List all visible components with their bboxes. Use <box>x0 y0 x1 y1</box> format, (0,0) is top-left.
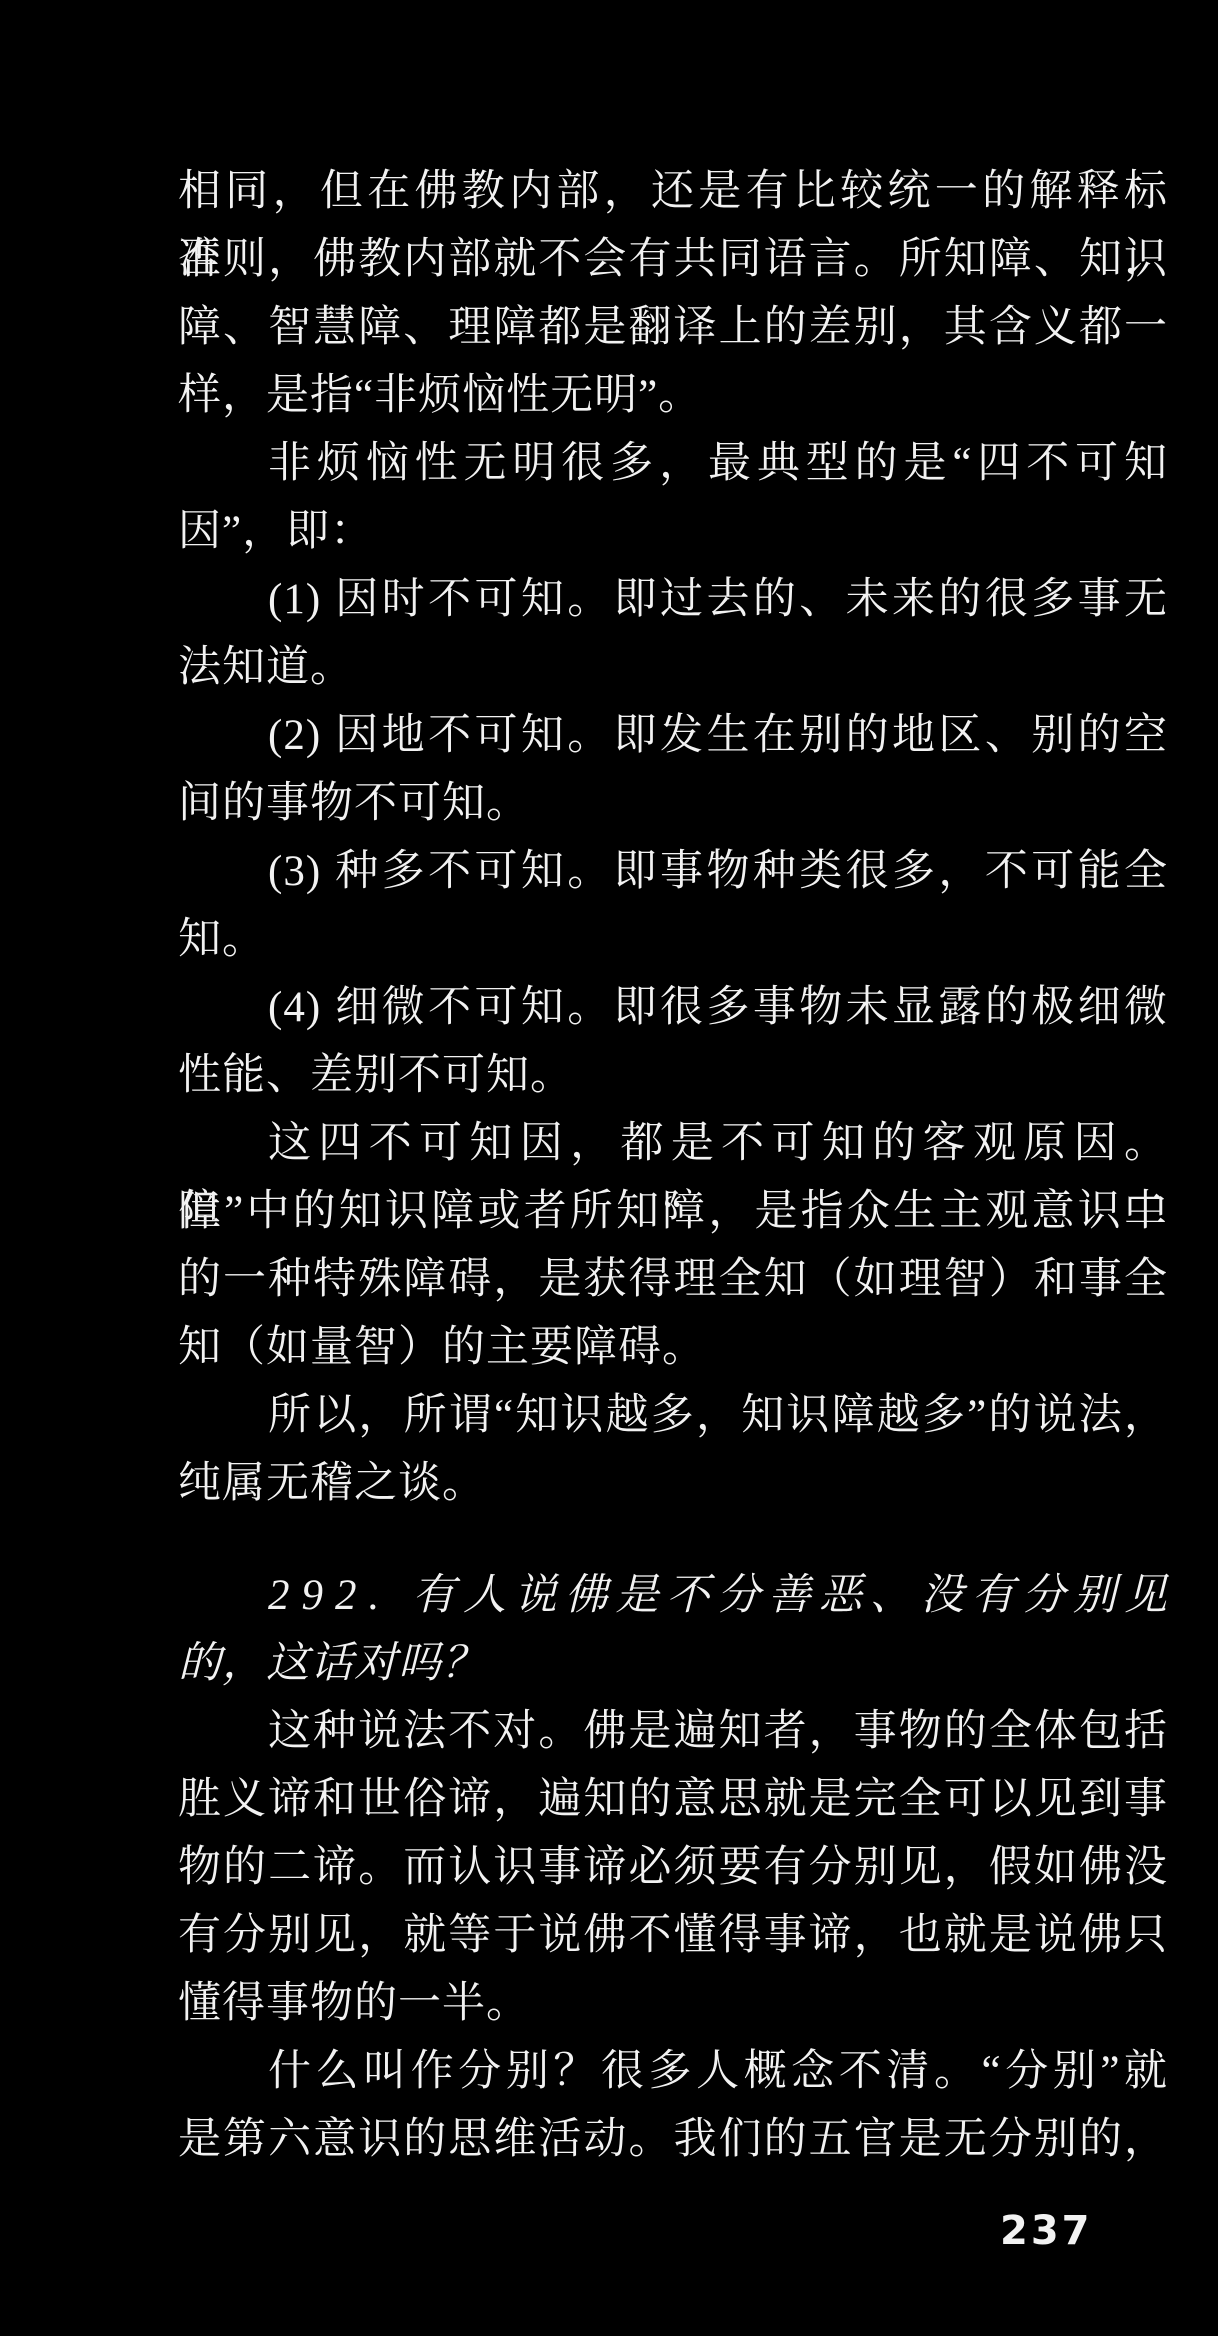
text-line: 这四不可知因，都是不可知的客观原因。但“二 <box>178 1110 1168 1178</box>
section-heading-line: 的，这话对吗？ <box>178 1630 1168 1698</box>
text-line: 障、智慧障、理障都是翻译上的差别，其含义都一 <box>178 294 1168 362</box>
text-line: 非烦恼性无明很多，最典型的是“四不可知 <box>178 430 1168 498</box>
text-line: (4) 细微不可知。即很多事物未显露的极细微 <box>178 974 1168 1042</box>
text-line: (3) 种多不可知。即事物种类很多，不可能全 <box>178 838 1168 906</box>
text-line: 否则，佛教内部就不会有共同语言。所知障、知识 <box>178 226 1168 294</box>
text-line: 是第六意识的思维活动。我们的五官是无分别的， <box>178 2106 1168 2174</box>
text-line: 样，是指“非烦恼性无明”。 <box>178 362 1168 430</box>
text-line: 有分别见，就等于说佛不懂得事谛，也就是说佛只 <box>178 1902 1168 1970</box>
page-number: 237 <box>1000 2208 1093 2254</box>
text-line: 知。 <box>178 906 1168 974</box>
text-line: 所以，所谓“知识越多，知识障越多”的说法， <box>178 1382 1168 1450</box>
text-line: (1) 因时不可知。即过去的、未来的很多事无 <box>178 566 1168 634</box>
text-line: 这种说法不对。佛是遍知者，事物的全体包括 <box>178 1698 1168 1766</box>
text-line: 间的事物不可知。 <box>178 770 1168 838</box>
text-block: 相同，但在佛教内部，还是有比较统一的解释标准，否则，佛教内部就不会有共同语言。所… <box>178 158 1168 2174</box>
text-line: (2) 因地不可知。即发生在别的地区、别的空 <box>178 702 1168 770</box>
text-line: 相同，但在佛教内部，还是有比较统一的解释标准， <box>178 158 1168 226</box>
text-line: 性能、差别不可知。 <box>178 1042 1168 1110</box>
text-line: 什么叫作分别？很多人概念不清。“分别”就 <box>178 2038 1168 2106</box>
text-line: 障”中的知识障或者所知障，是指众生主观意识中 <box>178 1178 1168 1246</box>
text-line: 物的二谛。而认识事谛必须要有分别见，假如佛没 <box>178 1834 1168 1902</box>
text-line: 因”，即： <box>178 498 1168 566</box>
section-number: 292. <box>268 1572 391 1619</box>
text-line: 胜义谛和世俗谛，遍知的意思就是完全可以见到事 <box>178 1766 1168 1834</box>
section-heading-line: 292.有人说佛是不分善恶、没有分别见 <box>178 1562 1168 1630</box>
text-line: 知（如量智）的主要障碍。 <box>178 1314 1168 1382</box>
book-page: 相同，但在佛教内部，还是有比较统一的解释标准，否则，佛教内部就不会有共同语言。所… <box>0 0 1218 2336</box>
text-line: 纯属无稽之谈。 <box>178 1450 1168 1518</box>
text-line: 懂得事物的一半。 <box>178 1970 1168 2038</box>
text-line: 法知道。 <box>178 634 1168 702</box>
text-line: 的一种特殊障碍，是获得理全知（如理智）和事全 <box>178 1246 1168 1314</box>
